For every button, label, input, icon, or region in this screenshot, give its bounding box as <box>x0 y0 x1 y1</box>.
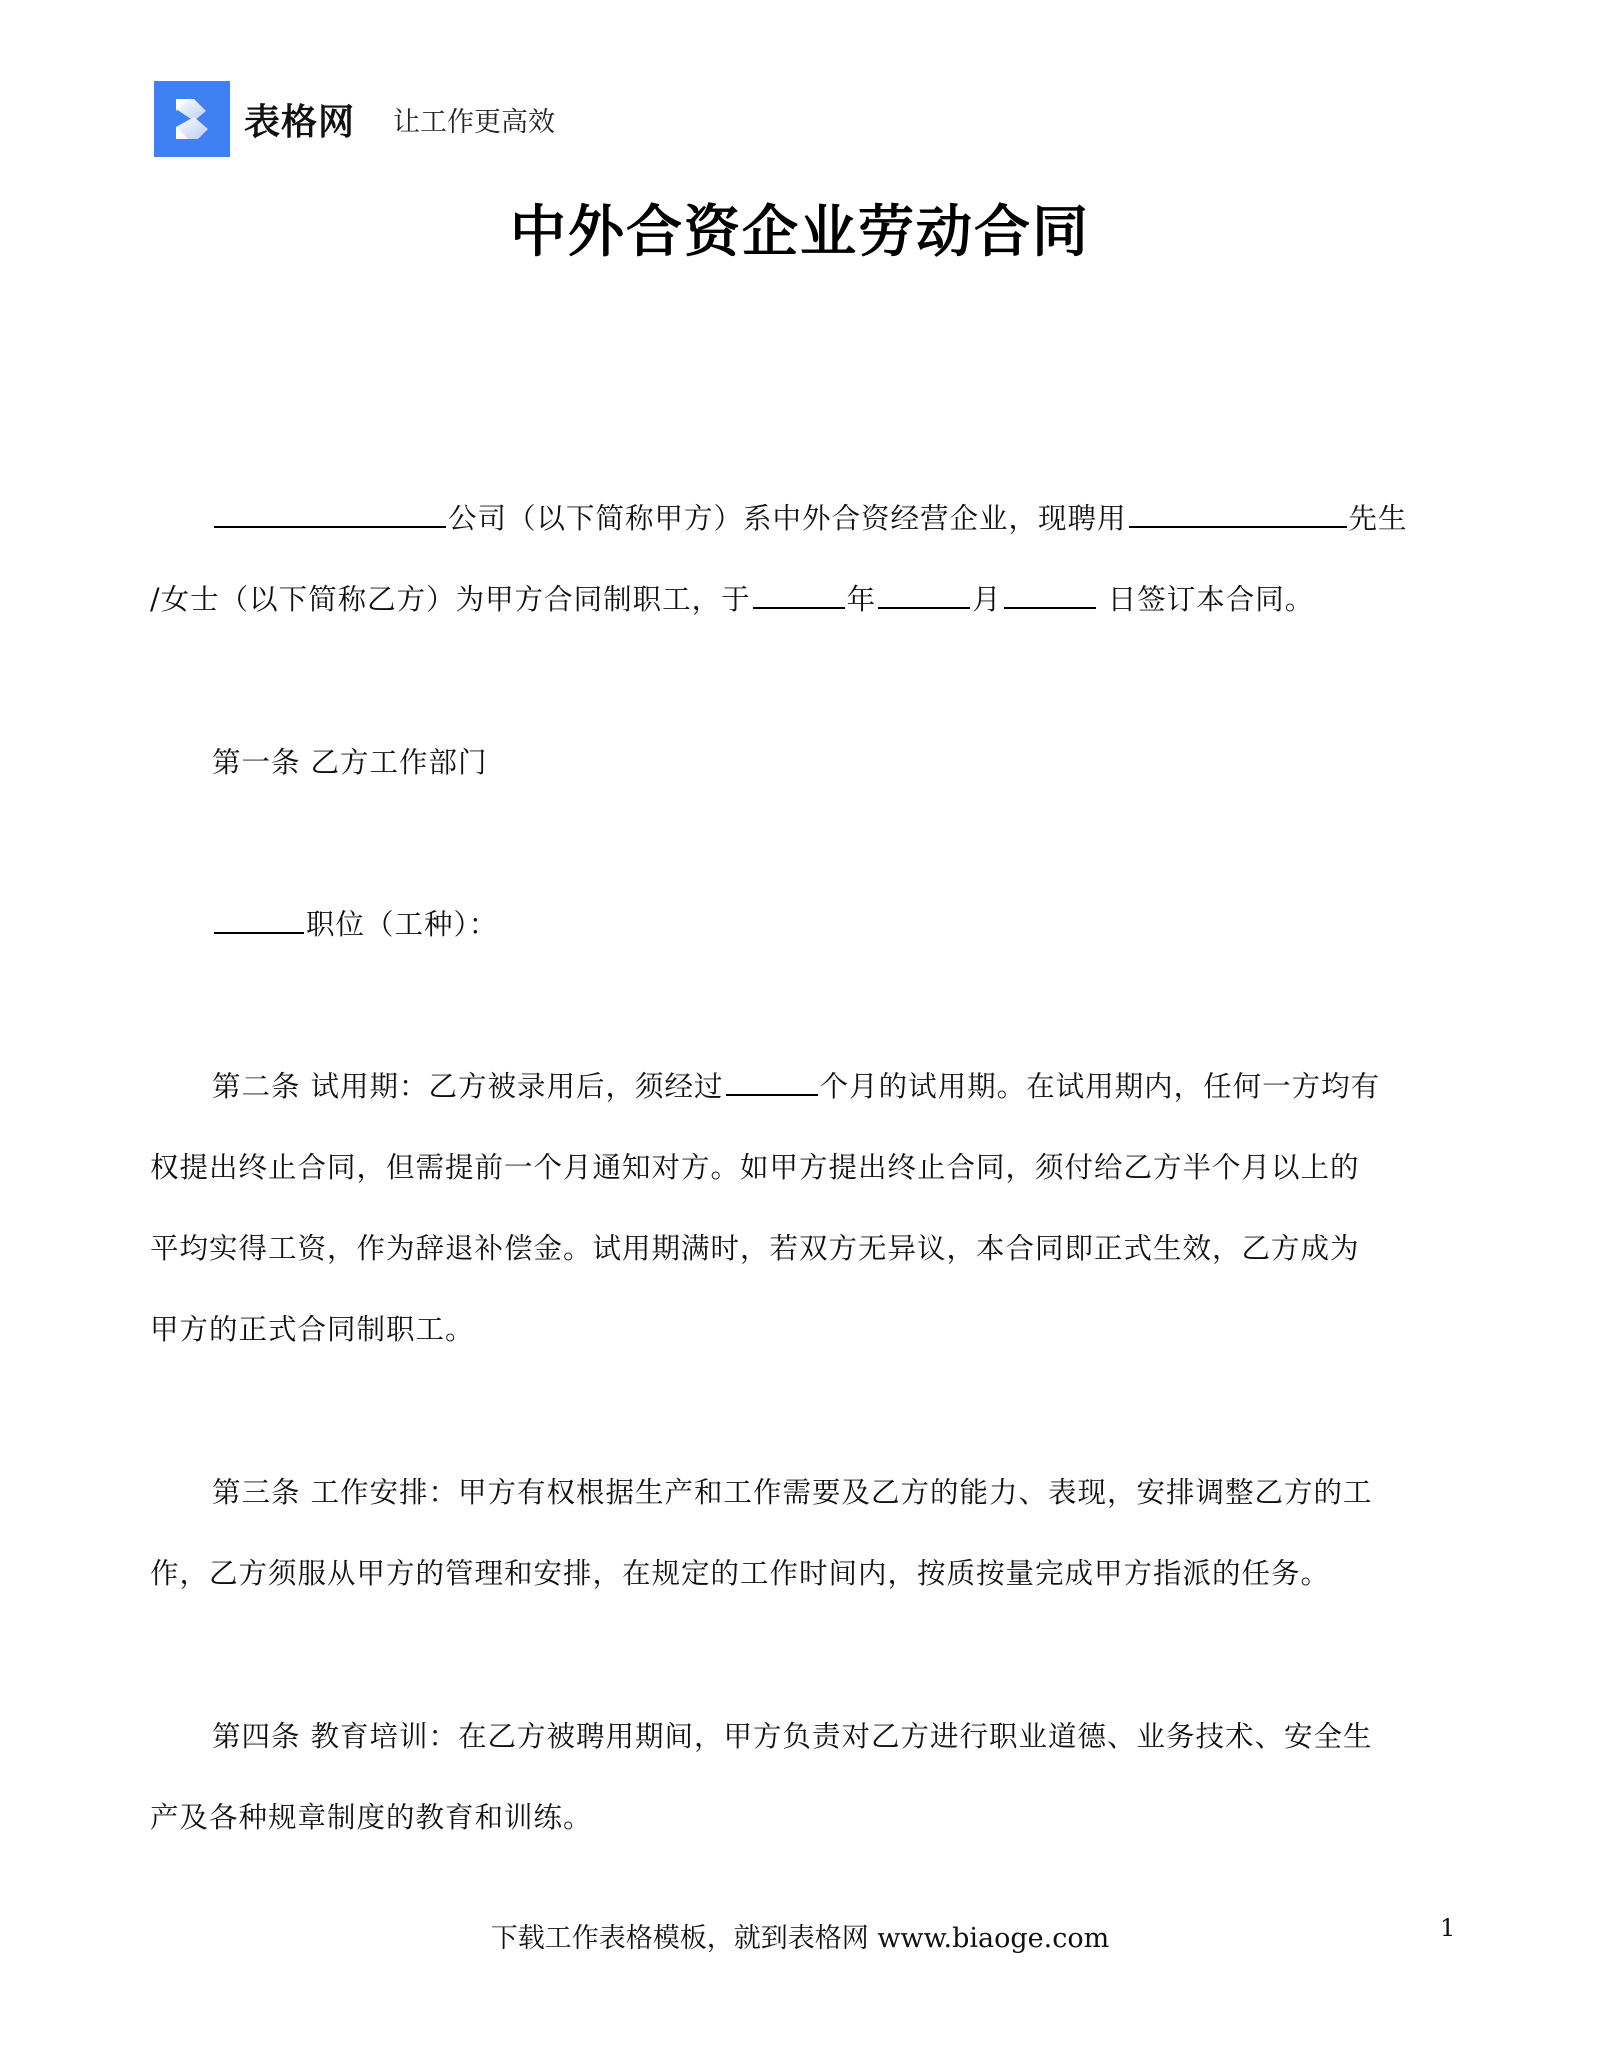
article-4-line-2: 产及各种规章制度的教育和训练。 <box>150 1777 1450 1858</box>
month-blank[interactable] <box>878 579 970 609</box>
article-2-line-4: 甲方的正式合同制职工。 <box>150 1289 1450 1370</box>
article-2-line-2: 权提出终止合同，但需提前一个月通知对方。如甲方提出终止合同，须付给乙方半个月以上… <box>150 1127 1450 1208</box>
article-2-line-3: 平均实得工资，作为辞退补偿金。试用期满时，若双方无异议，本合同即正式生效，乙方成… <box>150 1208 1450 1289</box>
employee-name-blank[interactable] <box>1129 498 1347 528</box>
article-3: 第三条 工作安排：甲方有权根据生产和工作需要及乙方的能力、表现，安排调整乙方的工… <box>150 1452 1450 1614</box>
article-2-line-1: 第二条 试用期：乙方被录用后，须经过个月的试用期。在试用期内，任何一方均有 <box>150 1046 1450 1127</box>
article-4-line-1: 第四条 教育培训：在乙方被聘用期间，甲方负责对乙方进行职业道德、业务技术、安全生 <box>150 1696 1450 1777</box>
position-blank[interactable] <box>214 904 304 934</box>
intro-line-1: 公司（以下简称甲方）系中外合资经营企业，现聘用先生 <box>150 478 1450 559</box>
brand-name: 表格网 <box>244 94 355 145</box>
probation-months-blank[interactable] <box>726 1066 818 1096</box>
company-name-blank[interactable] <box>214 498 446 528</box>
article-1-heading: 第一条 乙方工作部门 <box>150 722 1450 803</box>
intro-paragraph: 公司（以下简称甲方）系中外合资经营企业，现聘用先生 /女士（以下简称乙方）为甲方… <box>150 478 1450 640</box>
biaoge-logo-icon <box>154 81 230 157</box>
footer-text: 下载工作表格模板，就到表格网 www.biaoge.com <box>0 1916 1600 1955</box>
brand-slogan: 让工作更高效 <box>393 100 555 139</box>
article-4: 第四条 教育培训：在乙方被聘用期间，甲方负责对乙方进行职业道德、业务技术、安全生… <box>150 1696 1450 1858</box>
intro-line-2: /女士（以下简称乙方）为甲方合同制职工，于年月 日签订本合同。 <box>150 559 1450 640</box>
year-blank[interactable] <box>753 579 845 609</box>
article-2: 第二条 试用期：乙方被录用后，须经过个月的试用期。在试用期内，任何一方均有 权提… <box>150 1046 1450 1370</box>
page-number: 1 <box>1440 1914 1455 1942</box>
article-1: 第一条 乙方工作部门 <box>150 722 1450 803</box>
article-3-line-1: 第三条 工作安排：甲方有权根据生产和工作需要及乙方的能力、表现，安排调整乙方的工 <box>150 1452 1450 1533</box>
article-3-line-2: 作，乙方须服从甲方的管理和安排，在规定的工作时间内，按质按量完成甲方指派的任务。 <box>150 1533 1450 1614</box>
document-title: 中外合资企业劳动合同 <box>0 188 1600 268</box>
site-header: 表格网 让工作更高效 <box>154 80 555 158</box>
day-blank[interactable] <box>1004 579 1096 609</box>
article-1-position: 职位（工种）： <box>150 884 1450 965</box>
